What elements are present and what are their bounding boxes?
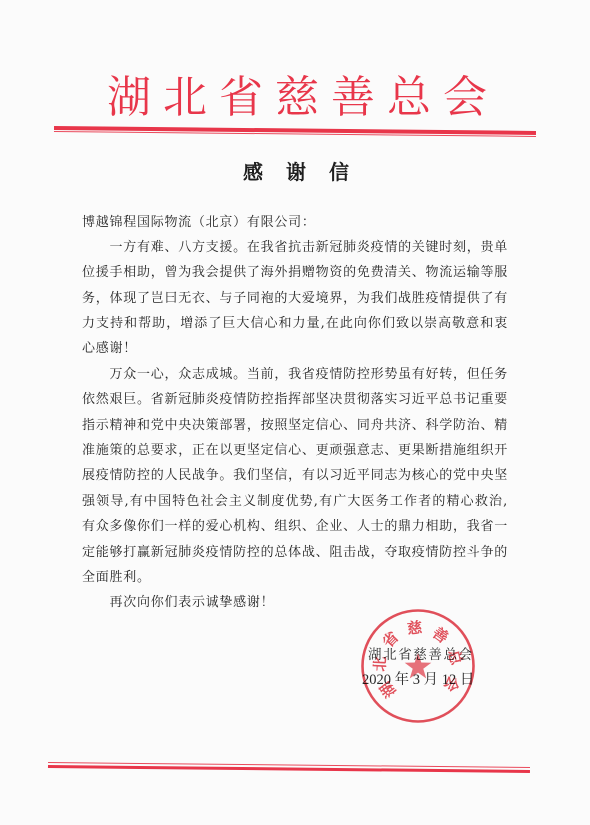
letterhead-red-rule — [54, 126, 536, 137]
letter-body: 博越锦程国际物流（北京）有限公司： 一方有难、八方支援。在我省抗击新冠肺炎疫情的… — [82, 210, 508, 616]
paragraph-2-line-6: 强领导,有中国特色社会主义制度优势,有广大医务工作者的精心救治, — [82, 489, 508, 514]
paragraph-2-line-3: 指示精神和党中央决策部署，按照坚定信心、同舟共济、科学防治、精 — [82, 413, 508, 438]
salutation: 博越锦程国际物流（北京）有限公司： — [82, 210, 508, 235]
seal-char: 湖 — [376, 678, 399, 701]
letterhead-org-name: 湖北省慈善总会 — [107, 75, 499, 121]
official-seal: 湖 北 省 慈 善 总 会 — [358, 606, 478, 726]
paragraph-1-line-1: 一方有难、八方支援。在我省抗击新冠肺炎疫情的关键时刻，贵单 — [82, 235, 508, 260]
paragraph-1-line-3: 务，体现了岂曰无衣、与子同袍的大爱境界，为我们战胜疫情提供了有 — [82, 286, 508, 311]
paragraph-1-line-5: 心感谢！ — [82, 336, 508, 361]
paragraph-2-line-2: 依然艰巨。省新冠肺炎疫情防控指挥部坚决贯彻落实习近平总书记重要 — [82, 387, 508, 412]
seal-char: 省 — [379, 628, 402, 651]
star-icon — [405, 653, 432, 678]
seal-char: 总 — [445, 648, 466, 668]
seal-char: 北 — [371, 656, 390, 672]
paragraph-2-line-5: 展疫情防控的人民战争。我们坚信，有以习近平同志为核心的党中央坚 — [82, 463, 508, 488]
seal-char: 会 — [440, 673, 463, 695]
letter-page: 湖北省慈善总会 感谢信 博越锦程国际物流（北京）有限公司： 一方有难、八方支援。… — [0, 0, 590, 825]
seal-char: 善 — [429, 624, 452, 647]
paragraph-2-line-4: 准施策的总要求，正在以更坚定信心、更顽强意志、更果断措施组织开 — [82, 438, 508, 463]
paragraph-1-line-4: 力支持和帮助，增添了巨大信心和力量,在此向你们致以崇高敬意和衷 — [82, 311, 508, 336]
footer-red-rule — [48, 762, 530, 773]
paragraph-2-line-9: 全面胜利。 — [82, 565, 508, 590]
letter-title: 感谢信 — [243, 160, 372, 184]
paragraph-2-line-7: 有众多像你们一样的爱心机构、组织、企业、人士的鼎力相助，我省一 — [82, 514, 508, 539]
seal-char: 慈 — [406, 619, 423, 638]
paragraph-2-line-8: 定能够打赢新冠肺炎疫情防控的总体战、阻击战，夺取疫情防控斗争的 — [82, 540, 508, 565]
paragraph-2-line-1: 万众一心，众志成城。当前，我省疫情防控形势虽有好转，但任务 — [82, 362, 508, 387]
paragraph-1-line-2: 位援手相助，曾为我会提供了海外捐赠物资的免费清关、物流运输等服 — [82, 260, 508, 285]
